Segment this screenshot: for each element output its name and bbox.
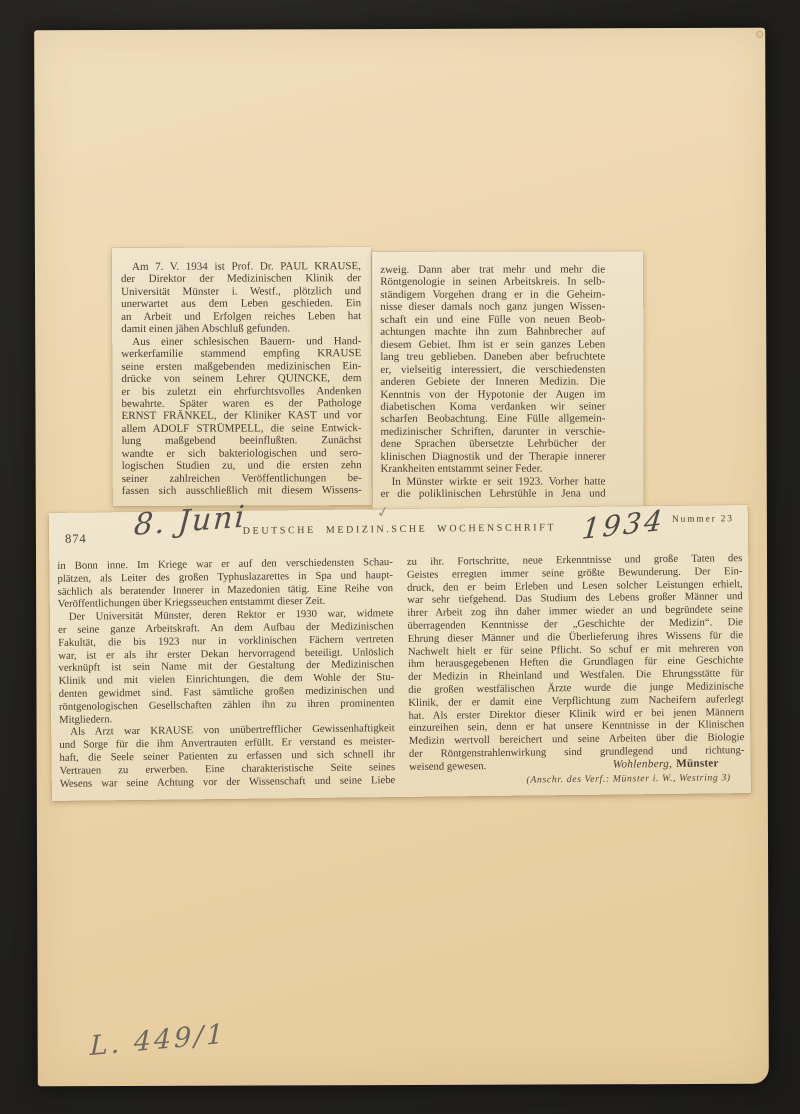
print-text-line: ständigem Vorgehen drang er in die Gehei… [380, 288, 605, 301]
print-text-line: werkerfamilie stammend empfing KRAUSE [121, 347, 361, 360]
print-text-line: unerwartet aus dem Leben geschieden. Ein [121, 297, 361, 310]
author-address-note: (Anschr. des Verf.: Münster i. W., Westr… [409, 772, 745, 789]
handwritten-archive-number: L. 449/1 [90, 1019, 227, 1063]
print-text-line: zweig. Dann aber trat mehr und mehr die [380, 263, 605, 276]
closing-line: weisend gewesen. Wohlenberg,Münster [409, 757, 745, 774]
print-text-line: Aus einer schlesischen Bauern- und Hand- [121, 335, 361, 348]
author-city: Münster [676, 757, 719, 769]
journal-issue-number: Nummer 23 [672, 514, 734, 525]
print-text-line: allem ADOLF STRÜMPELL, die seine Entwick… [122, 422, 362, 435]
scan-background: Am 7. V. 1934 ist Prof. Dr. PAUL KRAUSE,… [0, 0, 800, 1114]
print-text-line: an Arbeit und Erfolgen reiches Leben hat [121, 310, 361, 323]
print-text-line: damit einen jähen Abschluß gefunden. [121, 322, 361, 335]
print-text-line: diabetischen Koma verdanken wir seiner [380, 400, 605, 413]
print-text-line: Am 7. V. 1934 ist Prof. Dr. PAUL KRAUSE, [121, 260, 361, 273]
pencil-check-icon: ✓ [376, 502, 391, 523]
print-text-line: klinischen Diagnostik und der Therapie i… [381, 450, 606, 463]
print-text-line: In Münster wirkte er seit 1923. Vorher h… [381, 475, 606, 488]
print-text-line: diesem Gebiet. Ihm ist er sein ganzes Le… [380, 338, 605, 351]
print-text-line: Universität Münster i. Westf., plötzlich… [121, 285, 361, 298]
print-text-line: wandte er sich bakteriologischen und ser… [122, 447, 362, 460]
right-column: zu ihr. Fortschritte, neue Erkenntnisse … [407, 552, 745, 788]
clipping-obituary-main: 874 DEUTSCHE MEDIZIN.SCHE WOCHENSCHRIFT … [49, 505, 751, 801]
clipping-text-column: zweig. Dann aber trat mehr und mehr dieR… [380, 263, 605, 500]
clipping-obituary-intro: Am 7. V. 1934 ist Prof. Dr. PAUL KRAUSE,… [112, 247, 372, 506]
closing-text: weisend gewesen. [409, 760, 486, 774]
right-column-text: zu ihr. Fortschritte, neue Erkenntnisse … [407, 552, 745, 761]
print-text-line: Röntgenologie in seinen Arbeitskreis. In… [380, 276, 605, 289]
print-text-line: seiner zahlreichen Veröffentlichungen be… [122, 472, 362, 485]
print-text-line: logischen Studien zu, und die ersten zeh… [122, 459, 362, 472]
clipping-text-column: Am 7. V. 1934 ist Prof. Dr. PAUL KRAUSE,… [121, 260, 362, 497]
print-text-line: drücke von seinem Lehrer QUINCKE, dem [121, 372, 361, 385]
print-text-line: seine ersten maßgebenden medizinischen E… [121, 360, 361, 373]
journal-title: DEUTSCHE MEDIZIN.SCHE WOCHENSCHRIFT [243, 522, 556, 537]
print-text-line: er, vielseitig interessiert, die verschi… [380, 363, 605, 376]
print-text-line: fassen sich ausschließlich mit diesem Wi… [122, 484, 362, 497]
print-text-line: der Direktor der Medizinischen Klinik de… [121, 273, 361, 286]
print-text-line: lung maßgebend beeinflußten. Zunächst [122, 434, 362, 447]
print-text-line: lang treu geblieben. Daneben aber befruc… [380, 351, 605, 364]
author-signature: Wohlenberg,Münster [613, 757, 745, 771]
journal-page-number: 874 [65, 532, 87, 547]
album-page: Am 7. V. 1934 ist Prof. Dr. PAUL KRAUSE,… [34, 28, 769, 1087]
print-text-line: Krankheiten entstammt seiner Feder. [381, 463, 606, 476]
print-text-line: scharfen Beobachtung. Eine Fülle allgeme… [380, 413, 605, 426]
left-column: in Bonn inne. Im Kriege war er auf den v… [57, 556, 395, 792]
print-text-line: er die poliklinischen Lehrstühle in Jena… [381, 488, 606, 501]
print-text-line: dene Sprachen übersetzte Lehrbücher der [380, 438, 605, 451]
print-text-line: medizinischer Schriften, darunter in ver… [380, 425, 605, 438]
print-text-line: anderen Gebiete der Inneren Medizin. Die [380, 376, 605, 389]
print-text-line: ERNST FRÄNKEL, der Kliniker KAST und vor [121, 410, 361, 423]
two-column-body: in Bonn inne. Im Kriege war er auf den v… [57, 552, 745, 792]
print-text-line: bewahrte. Später waren es der Pathologe [121, 397, 361, 410]
print-text-line: schaft ein und eine Fülle von neuen Beob… [380, 313, 605, 326]
clipping-obituary-continued: zweig. Dann aber trat mehr und mehr dieR… [372, 251, 643, 508]
print-text-line: er bis zuletzt ein ehrfurchtsvolles Ande… [121, 385, 361, 398]
print-text-line: Kenntnis von der Hypotonie der Augen im [380, 388, 605, 401]
print-text-line: achtungen machte ihn zum Bahnbrecher auf [380, 326, 605, 339]
author-name: Wohlenberg, [613, 758, 672, 771]
print-text-line: nisse dieser damals noch ganz jungen Wis… [380, 301, 605, 314]
pinhole-mark [756, 31, 763, 38]
